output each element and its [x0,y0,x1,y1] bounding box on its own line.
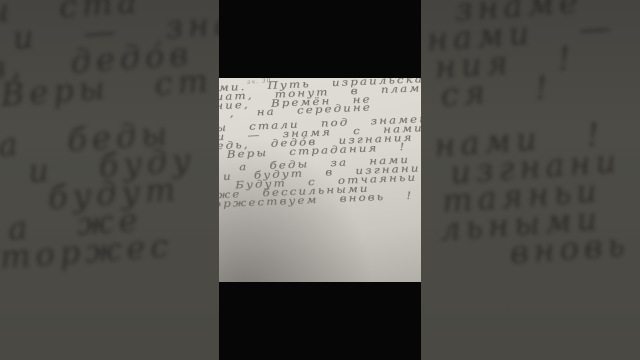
video-frame[interactable]: ы ста и — знам в, дедо́в п Веры ст а бед… [0,0,640,360]
video-column: зч. 30 ами. Путь израильска , ушат, тону… [219,0,421,360]
stanza: а беды за нами ! и будут в изгнании Буду… [223,153,421,209]
letterbox-bottom [219,282,421,360]
letterbox-top [219,0,421,78]
stanza: Мы стали под знаменем и — знамя с нами —… [221,113,421,161]
stanza: ами. Путь израильска , ушат, тонут в пла… [219,78,421,120]
backdrop-right-text: знаме нами — ния ! ся ! нами ! изгнани т… [424,0,640,271]
note-photo: зч. 30 ами. Путь израильска , ушат, тону… [219,78,421,282]
handwritten-text: ами. Путь израильска , ушат, тонут в пла… [219,78,421,214]
